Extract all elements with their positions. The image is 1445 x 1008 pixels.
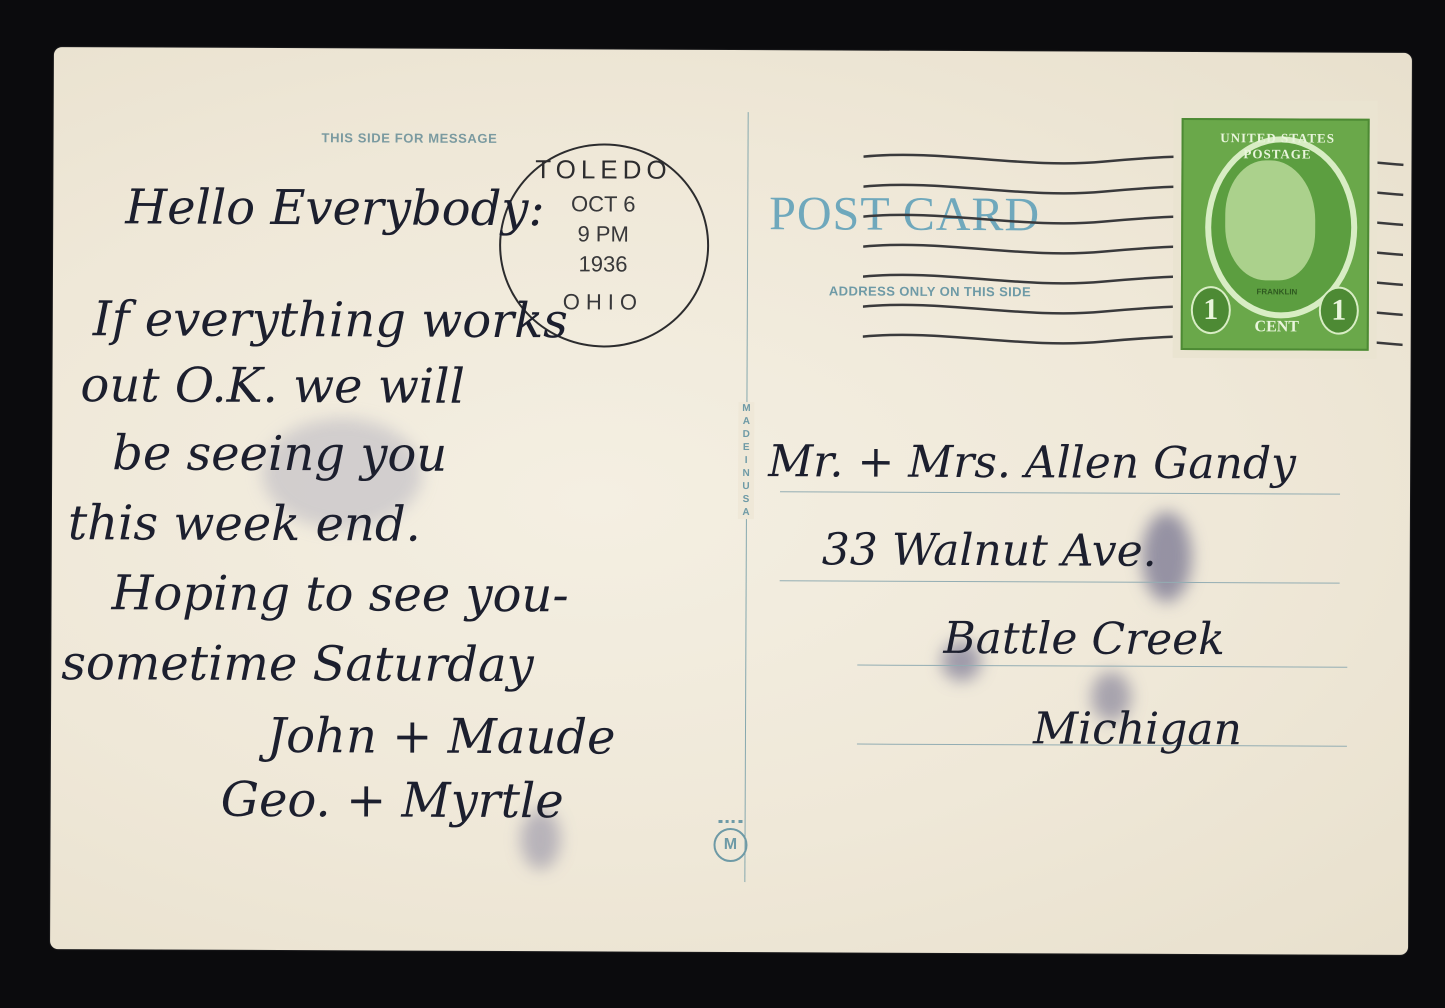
message-line: out O.K. we will [80,357,465,415]
franklin-portrait-icon [1225,160,1316,280]
stamp-denomination-left: 1 [1191,286,1231,334]
made-in-letter: N [738,467,754,480]
publisher-logo-icon: M [713,828,747,862]
postmark-time: 9 PM [553,221,653,247]
made-in-letter: D [738,428,754,441]
message-side-label: THIS SIDE FOR MESSAGE [322,130,498,146]
message-line: be seeing you [112,425,447,482]
made-in-letter: M [738,402,754,415]
address-guide-line [780,491,1340,494]
made-in-letter: U [738,480,754,493]
address-guide-line [857,665,1347,668]
stamp-denomination-right: 1 [1319,287,1359,335]
address-state: Michigan [1033,703,1242,755]
stamp-unit: CENT [1239,318,1315,336]
postage-stamp: UNITED STATES POSTAGE FRANKLIN 1 1 CENT [1173,100,1378,359]
postmark-city: TOLEDO [523,154,683,186]
stamp-perforation-edge [1174,100,1378,115]
message-line: Hello Everybody: [125,179,545,237]
made-in-letter: E [738,441,754,454]
made-in-letter: S [738,493,754,506]
message-line: If everything works [93,291,568,349]
postcard: THIS SIDE FOR MESSAGE M A D E I N U S A … [50,47,1412,955]
made-in-letter: A [738,415,754,428]
signature-line: Geo. + Myrtle [221,772,564,829]
handwritten-message: Hello Everybody: If everything works out… [54,47,1412,53]
postmark-date: OCT 6 [553,191,653,217]
stamp-portrait-name: FRANKLIN [1239,287,1315,296]
address-city: Battle Creek [943,613,1225,665]
address-guide-line [780,580,1340,583]
postmark-year: 1936 [553,251,653,277]
made-in-usa-label: M A D E I N U S A [738,402,755,519]
message-line: Hoping to see you- [111,565,568,623]
stamp-design: UNITED STATES POSTAGE FRANKLIN 1 1 CENT [1181,118,1370,351]
handwritten-address: Mr. + Mrs. Allen Gandy 33 Walnut Ave. Ba… [54,47,1412,53]
made-in-letter: A [738,506,754,519]
address-street: 33 Walnut Ave. [822,524,1157,576]
message-line: this week end. [68,495,421,553]
message-line: sometime Saturday [61,635,534,693]
signature-line: John + Maude [267,708,616,766]
made-in-letter: I [738,454,754,467]
stamp-postage-text: UNITED STATES POSTAGE [1193,130,1361,163]
address-recipient: Mr. + Mrs. Allen Gandy [768,436,1296,489]
